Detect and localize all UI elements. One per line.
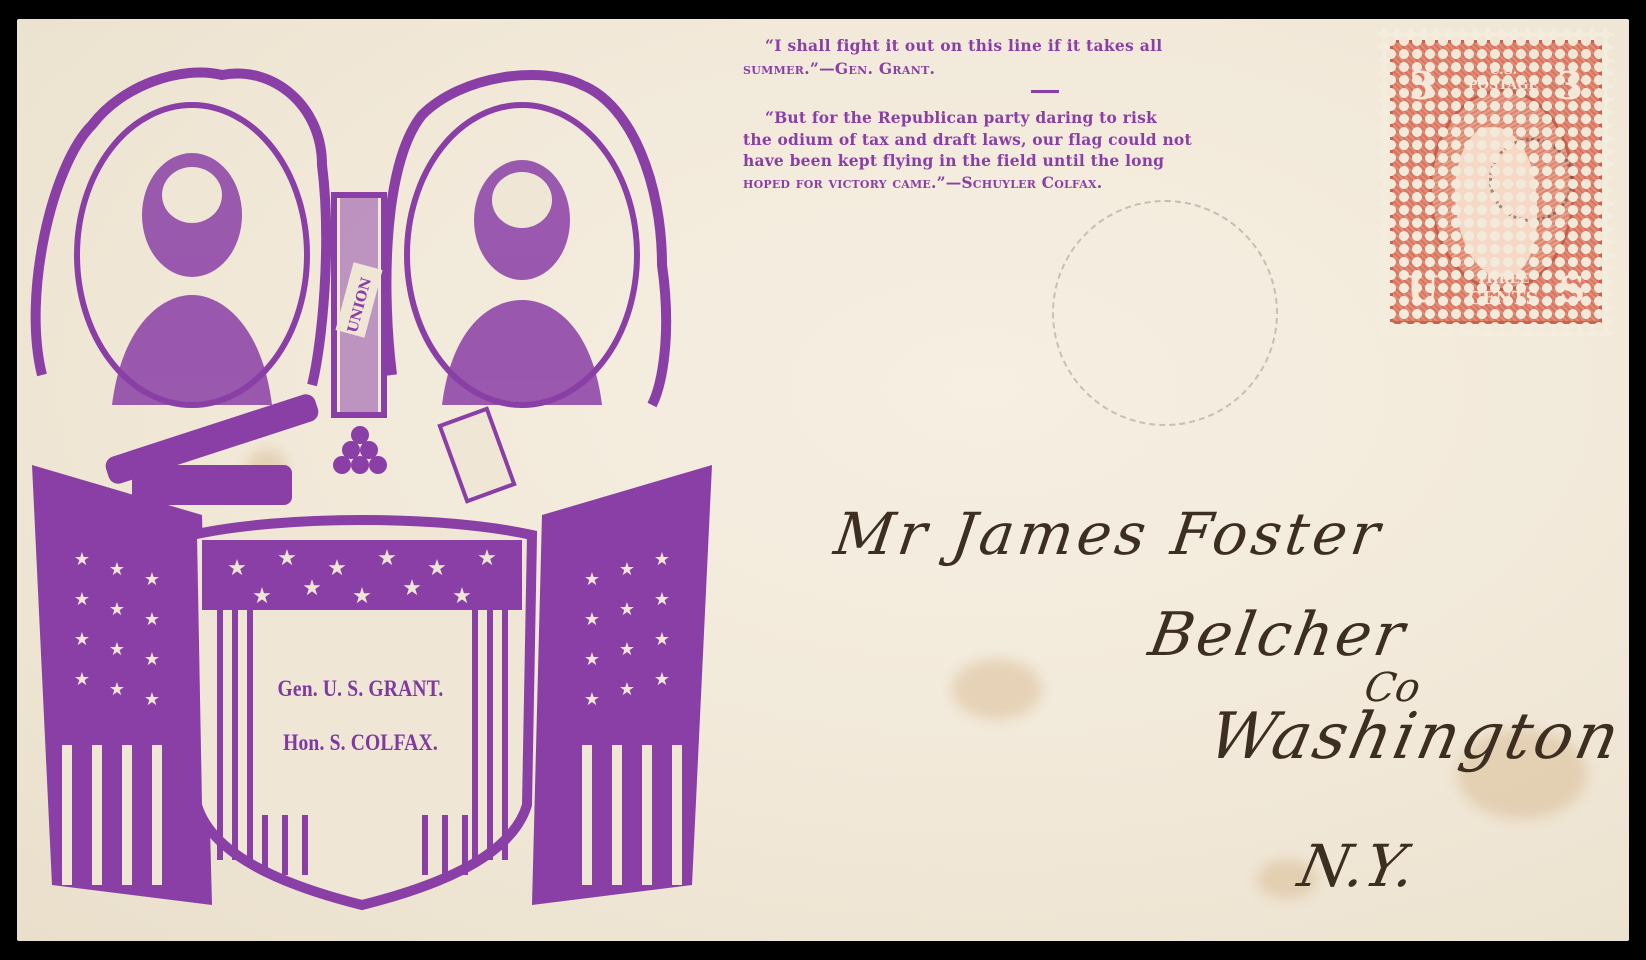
svg-text:★: ★ bbox=[227, 556, 247, 581]
svg-text:★: ★ bbox=[252, 584, 272, 609]
stamp-engraving: 3 3 U.S. POSTAGE U S THREE CENTS bbox=[1390, 40, 1602, 324]
colfax-quote: “But for the Republican party daring to … bbox=[743, 107, 1323, 193]
grant-quote-line1: “I shall fight it out on this line if it… bbox=[743, 34, 1323, 57]
svg-text:★: ★ bbox=[584, 609, 600, 630]
stamp-corner-left: U bbox=[1407, 269, 1438, 311]
stamp-denomination-left: 3 bbox=[1409, 63, 1435, 108]
candidate-caption: Gen. U. S. GRANT. Hon. S. COLFAX. bbox=[258, 650, 463, 800]
svg-text:★: ★ bbox=[654, 629, 670, 650]
quote-separator bbox=[1031, 90, 1059, 93]
grant-quote-line2: summer.”—Gen. Grant. bbox=[743, 59, 935, 78]
svg-text:★: ★ bbox=[619, 559, 635, 580]
svg-text:★: ★ bbox=[452, 584, 472, 609]
colfax-quote-line4: hoped for victory came.”—Schuyler Colfax… bbox=[743, 172, 1323, 194]
caption-colfax: Hon. S. COLFAX. bbox=[273, 730, 447, 756]
svg-text:★: ★ bbox=[402, 576, 422, 601]
svg-text:★: ★ bbox=[74, 629, 90, 650]
svg-text:★: ★ bbox=[74, 549, 90, 570]
svg-text:★: ★ bbox=[109, 559, 125, 580]
svg-text:★: ★ bbox=[654, 549, 670, 570]
svg-text:★: ★ bbox=[109, 639, 125, 660]
svg-text:★: ★ bbox=[654, 669, 670, 690]
colfax-quote-line3: have been kept flying in the field until… bbox=[743, 150, 1323, 172]
svg-text:★: ★ bbox=[144, 609, 160, 630]
postmark-circle bbox=[1052, 200, 1278, 426]
svg-text:★: ★ bbox=[109, 679, 125, 700]
svg-text:★: ★ bbox=[327, 556, 347, 581]
svg-text:★: ★ bbox=[654, 589, 670, 610]
svg-text:★: ★ bbox=[74, 669, 90, 690]
caption-grant: Gen. U. S. GRANT. bbox=[273, 676, 447, 702]
address-county: Washington bbox=[1202, 700, 1628, 774]
stamp-corner-right: S bbox=[1559, 269, 1585, 311]
svg-text:★: ★ bbox=[144, 649, 160, 670]
svg-text:★: ★ bbox=[277, 546, 297, 571]
stain bbox=[952, 659, 1042, 719]
svg-text:★: ★ bbox=[584, 649, 600, 670]
printed-quotes: “I shall fight it out on this line if it… bbox=[743, 34, 1323, 193]
address-county-suffix: Co bbox=[1361, 665, 1424, 711]
svg-text:★: ★ bbox=[144, 689, 160, 710]
colfax-quote-line2: the odium of tax and draft laws, our fla… bbox=[743, 129, 1323, 151]
cancellation-mark bbox=[1489, 138, 1573, 222]
svg-text:★: ★ bbox=[352, 584, 372, 609]
address-state: N.Y. bbox=[1293, 832, 1422, 900]
svg-text:★: ★ bbox=[619, 639, 635, 660]
stamp-bottom-label2: CENTS bbox=[1453, 288, 1553, 309]
svg-text:★: ★ bbox=[619, 679, 635, 700]
stamp-top-label: U.S. POSTAGE bbox=[1453, 63, 1553, 93]
postage-stamp: 3 3 U.S. POSTAGE U S THREE CENTS bbox=[1378, 28, 1614, 336]
svg-text:★: ★ bbox=[109, 599, 125, 620]
svg-text:★: ★ bbox=[74, 589, 90, 610]
svg-text:★: ★ bbox=[584, 689, 600, 710]
svg-text:★: ★ bbox=[302, 576, 322, 601]
svg-text:★: ★ bbox=[584, 569, 600, 590]
stamp-bottom-label1: THREE bbox=[1453, 272, 1553, 287]
address-name: Mr James Foster bbox=[830, 500, 1388, 568]
svg-text:★: ★ bbox=[144, 569, 160, 590]
stamp-denomination-right: 3 bbox=[1557, 63, 1583, 108]
svg-text:★: ★ bbox=[477, 546, 497, 571]
colfax-quote-line1: “But for the Republican party daring to … bbox=[743, 107, 1323, 129]
svg-text:★: ★ bbox=[427, 556, 447, 581]
address-town: Belcher bbox=[1144, 600, 1413, 670]
svg-text:★: ★ bbox=[619, 599, 635, 620]
svg-text:★: ★ bbox=[377, 546, 397, 571]
grant-quote: “I shall fight it out on this line if it… bbox=[743, 34, 1323, 80]
